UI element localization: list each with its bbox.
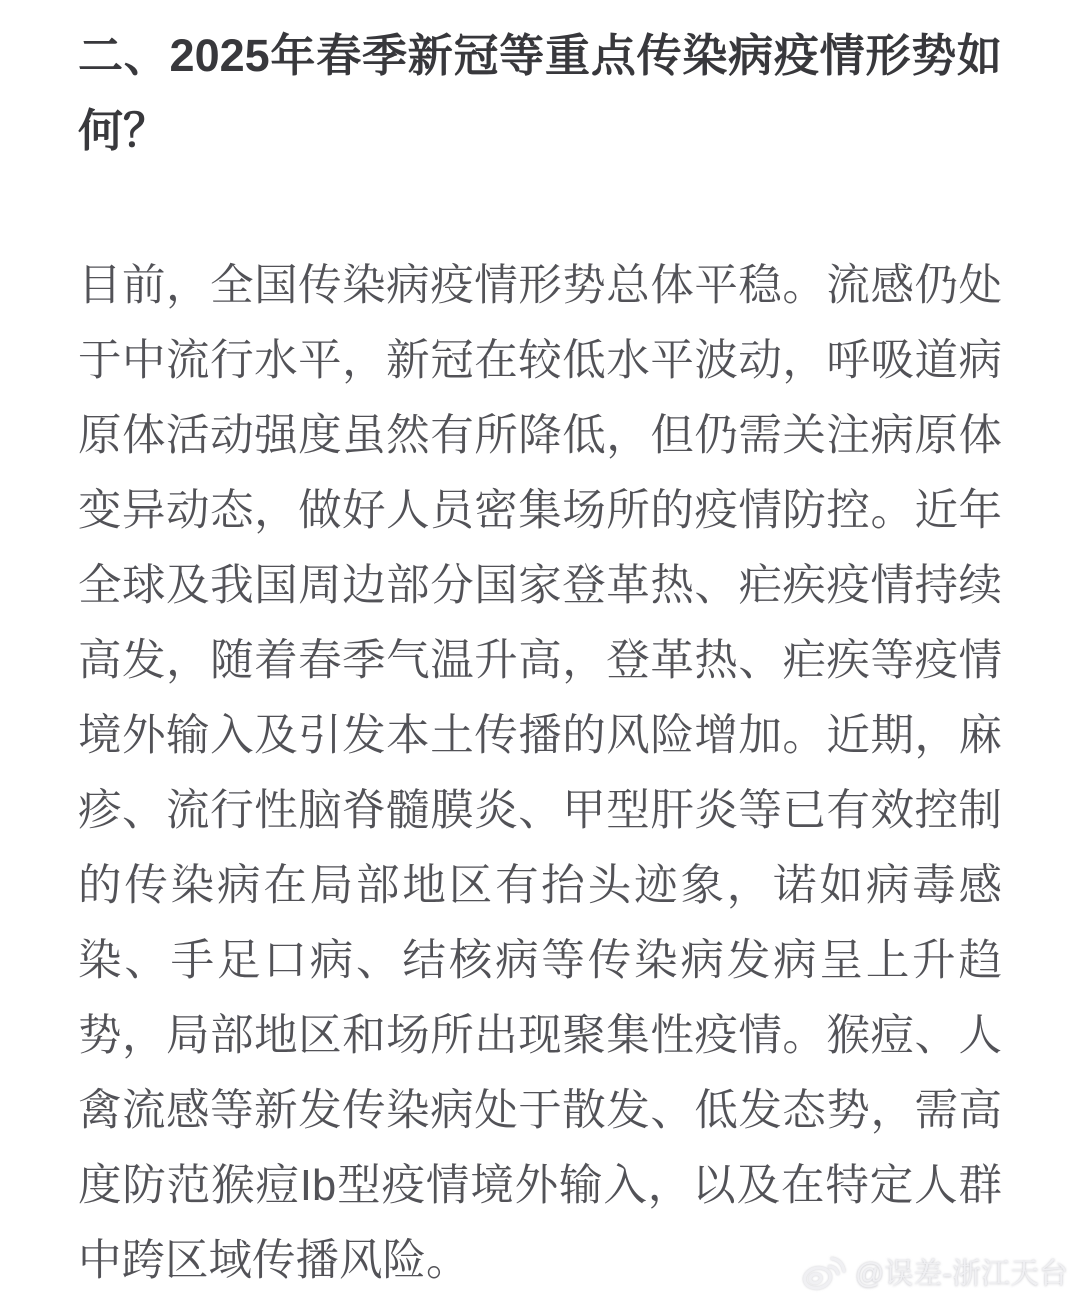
body-line: 境外输入及引发本土传播的风险增加。近期，麻 <box>78 699 1002 774</box>
body-line: 于中流行水平，新冠在较低水平波动，呼吸道病 <box>78 324 1002 399</box>
article-page: 二、2025年春季新冠等重点传染病疫情形势如 何？ 目前，全国传染病疫情形势总体… <box>0 0 1080 1299</box>
body-line: 中跨区域传播风险。 <box>78 1224 1002 1299</box>
body-line: 高发，随着春季气温升高，登革热、疟疾等疫情 <box>78 624 1002 699</box>
body-line: 禽流感等新发传染病处于散发、低发态势，需高 <box>78 1074 1002 1149</box>
article-body: 目前，全国传染病疫情形势总体平稳。流感仍处 于中流行水平，新冠在较低水平波动，呼… <box>78 249 1002 1299</box>
body-line: 全球及我国周边部分国家登革热、疟疾疫情持续 <box>78 549 1002 624</box>
body-line: 疹、流行性脑脊髓膜炎、甲型肝炎等已有效控制 <box>78 774 1002 849</box>
heading-line: 二、2025年春季新冠等重点传染病疫情形势如 <box>78 18 1002 93</box>
body-line: 变异动态，做好人员密集场所的疫情防控。近年 <box>78 474 1002 549</box>
body-line: 染、手足口病、结核病等传染病发病呈上升趋 <box>78 924 1002 999</box>
heading-line: 何？ <box>78 93 1002 168</box>
body-line: 目前，全国传染病疫情形势总体平稳。流感仍处 <box>78 249 1002 324</box>
body-line: 度防范猴痘Ib型疫情境外输入，以及在特定人群 <box>78 1149 1002 1224</box>
body-line: 势，局部地区和场所出现聚集性疫情。猴痘、人 <box>78 999 1002 1074</box>
body-line: 原体活动强度虽然有所降低，但仍需关注病原体 <box>78 399 1002 474</box>
section-heading: 二、2025年春季新冠等重点传染病疫情形势如 何？ <box>78 18 1002 168</box>
body-line: 的传染病在局部地区有抬头迹象，诺如病毒感 <box>78 849 1002 924</box>
